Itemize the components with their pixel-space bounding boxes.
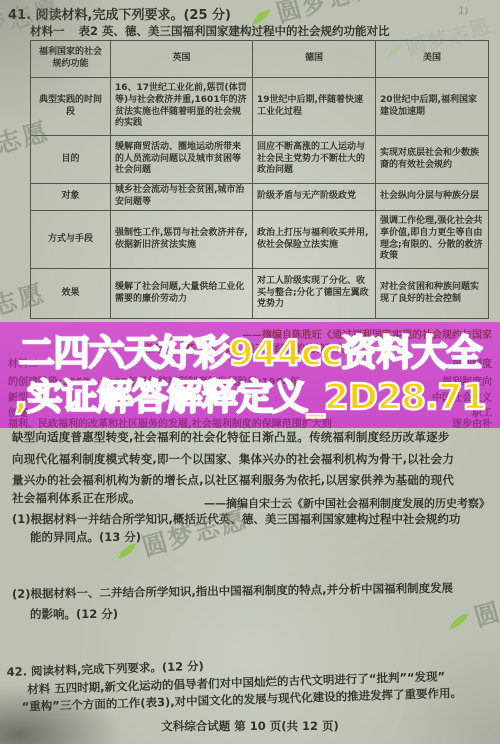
welfare-comparison-table: 福利国家的社会规约功能 英国 德国 美国 典型实践的时间段 16、17世纪工业化… bbox=[30, 40, 489, 319]
row-label: 对象 bbox=[31, 184, 111, 211]
cell-uk: 城乡社会流动与社会贫困,城市治安问题等 bbox=[111, 184, 253, 211]
material-2-line: 向现代化福利制度模式转变,即一个以国家、集体兴办的社会福利机构为骨干,以社会力 bbox=[12, 451, 454, 467]
cell-germany: 政治上打压与福利收买并用,依社会保险立法实施 bbox=[253, 211, 376, 269]
material-2-source: ——摘编自宋士云《新中国社会福利制度发展的历史考察》 bbox=[204, 495, 490, 511]
watermark-band: ——摘编自陈胜旺《通过福利国家实现的社会规约与国家 治理——基于英、德、美三国经… bbox=[0, 322, 500, 428]
material-2-line: 量兴办的社会福利机构为新的增长点,以社区福利服务为依托,以居家供养为基础的现代 bbox=[12, 472, 454, 488]
pencil-mark: 1) bbox=[457, 5, 469, 17]
row-label: 方式与手段 bbox=[31, 211, 111, 269]
cell-germany: 19世纪中后期,伴随着快速工业化过程 bbox=[253, 78, 376, 136]
cell-uk: 缓解商贸活动、圈地运动所带来的人员流动问题以及城市贫困等社会问题 bbox=[111, 136, 253, 184]
cell-germany: 阶级矛盾与无产阶级政党 bbox=[253, 184, 376, 211]
cell-germany: 回应不断高涨的工人运动与社会民主党势力不断壮大的政治问题 bbox=[253, 136, 376, 184]
spam-watermark-text-line2: ,实证解答解释定义_2D28.71 bbox=[0, 376, 500, 420]
cell-usa: 社会纵向分层与种族分层 bbox=[376, 184, 489, 211]
spam-watermark-text-line1: 二四六天好彩944cc资料大全 bbox=[0, 332, 500, 376]
question-41-2-line2: 的影响。(12 分) bbox=[30, 606, 118, 622]
leaf-icon bbox=[444, 610, 473, 633]
material-2-line: 缺型向适度普惠型转变,社会福利的社会化特征日渐凸显。传统福利制度经历改革逐步 bbox=[12, 429, 449, 445]
leaf-icon bbox=[112, 540, 141, 563]
cell-usa: 实现对底层社会和少数族裔的有效社会规约 bbox=[376, 136, 489, 184]
table-row: 对象 城乡社会流动与社会贫困,城市治安问题等 阶级矛盾与无产阶级政党 社会纵向分… bbox=[31, 184, 489, 211]
table-row: 目的 缓解商贸活动、圈地运动所带来的人员流动问题以及城市贫困等社会问题 回应不断… bbox=[31, 136, 489, 184]
scan-shadow bbox=[0, 686, 120, 744]
leaf-icon bbox=[382, 43, 405, 60]
material-2-line: 社会福利体系正在形成。 bbox=[12, 490, 141, 506]
leaf-icon bbox=[246, 6, 275, 29]
stamp-text: 圆梦志愿 bbox=[470, 570, 500, 634]
cell-usa: 对社会贫困和种族问题实现了良好的社会控制 bbox=[376, 269, 489, 319]
cell-germany: 对工人阶级实现了分化、收买与整合;分化了德国左翼政党势力 bbox=[253, 269, 376, 319]
cell-uk: 强制性工作,惩罚与社会救济并存,依据新旧济贫法实施 bbox=[111, 211, 253, 269]
table-row: 典型实践的时间段 16、17世纪工业化前,惩罚(体罚等)与社会救济并重,1601… bbox=[31, 78, 489, 136]
col-header-uk: 英国 bbox=[111, 41, 253, 78]
table-row: 效果 缓解了社会问题,大量供给工业化需要的廉价劳动力 对工人阶级实现了分化、收买… bbox=[31, 269, 489, 319]
table-2-title: 表2 英、德、美三国福利国家建构过程中的社会规约功能对比 bbox=[79, 24, 390, 38]
table-row: 方式与手段 强制性工作,惩罚与社会救济并存,依据新旧济贫法实施 政治上打压与福利… bbox=[31, 211, 489, 269]
col-header-germany: 德国 bbox=[253, 41, 376, 78]
question-41-2-line1: (2)根据材料一、二并结合所学知识,指出中国福利制度的特点,并分析中国福利制度发… bbox=[12, 580, 453, 602]
cell-uk: 16、17世纪工业化前,惩罚(体罚等)与社会救济并重,1601年的济贫法实施也伴… bbox=[111, 78, 253, 136]
cell-usa: 强调工作伦理,强化社会共享价值,即自力更生等自由理念;有限的、分散的救济政策 bbox=[376, 211, 489, 269]
stamp-text: 圆梦志愿 bbox=[138, 500, 252, 564]
material-1-title-row: 材料一表2 英、德、美三国福利国家建构过程中的社会规约功能对比 bbox=[30, 23, 390, 39]
col-header-function: 福利国家的社会规约功能 bbox=[31, 41, 111, 78]
exam-page-scan: 41. 阅读材料,完成下列要求。(25 分) 材料一表2 英、德、美三国福利国家… bbox=[0, 0, 500, 744]
cell-usa: 20世纪中后期,福利国家建设加速期 bbox=[376, 78, 489, 136]
cell-uk: 缓解了社会问题,大量供给工业化需要的廉价劳动力 bbox=[111, 269, 253, 319]
